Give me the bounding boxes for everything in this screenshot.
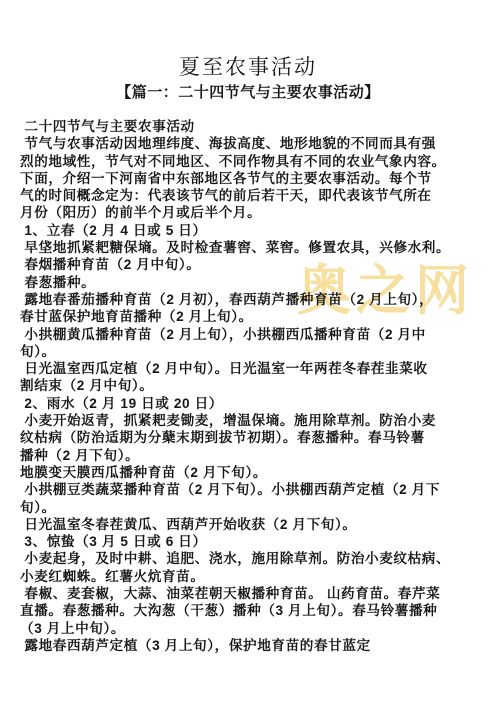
body-line: 3、惊蛰（3 月 5 日或 6 日） [20,533,470,550]
body-line: （3 月上中旬）。 [20,620,470,637]
body-line: 日光温室冬春茬黄瓜、西葫芦开始收获（2 月下旬）。 [20,516,470,533]
body-line: 早垡地抓紧耙糖保墒。及时检查薯窖、菜窖。修置农具，兴修水利。 [20,239,470,256]
body-line: 1、立春（2 月 4 日或 5 日） [20,222,470,239]
body-line: 小拱棚豆类蔬菜播种育苗（2 月下旬）。小拱棚西葫芦定植（2 月下 [20,481,470,498]
body-line: 播种（2 月下旬）。 [20,447,470,464]
body-line: 节气与农事活动因地理纬度、海拔高度、地形地貌的不同而具有强 [20,135,470,152]
body-line: 小麦起身，及时中耕、追肥、浇水，施用除草剂。防治小麦纹枯病、 [20,550,470,567]
body-line: 下面，介绍一下河南省中东部地区各节气的主要农事活动。每个节 [20,170,470,187]
body-line: 割结束（2 月中旬）。 [20,377,470,394]
body-line: 小麦开始返青，抓紧耙麦锄麦，增温保墒。施用除草剂。防治小麦 [20,412,470,429]
document-body: 二十四节气与主要农事活动 节气与农事活动因地理纬度、海拔高度、地形地貌的不同而具… [0,118,496,654]
body-line: 烈的地域性，节气对不同地区、不同作物具有不同的农业气象内容。 [20,153,470,170]
body-line: 日光温室西瓜定植（2 月中旬）。日光温室一年两茬冬春茬韭菜收 [20,360,470,377]
document-page: 奥之网 夏至农事活动 【篇一：二十四节气与主要农事活动】 二十四节气与主要农事活… [0,0,496,702]
document-title: 夏至农事活动 [0,0,496,80]
body-line: 春椒、麦套椒，大蒜、油菜茬朝天椒播种育苗。 山药育苗。春芹菜 [20,585,470,602]
body-line: 春葱播种。 [20,274,470,291]
body-line: 直播。春葱播种。大沟葱（干葱）播种（3 月上旬）。春马铃薯播种 [20,602,470,619]
body-line: 春烟播种育苗（2 月中旬）。 [20,256,470,273]
body-line: 2、雨水（2 月 19 日或 20 日） [20,395,470,412]
document-subtitle: 【篇一：二十四节气与主要农事活动】 [0,84,496,103]
body-line: 小拱棚黄瓜播种育苗（2 月上旬），小拱棚西瓜播种育苗（2 月中 [20,326,470,343]
body-line: 纹枯病（防治适期为分蘖末期到拔节初期）。春葱播种。春马铃薯 [20,429,470,446]
body-line: 旬）。 [20,499,470,516]
body-line: 露地春西葫芦定植（3 月上旬），保护地育苗的春甘蓝定 [20,637,470,654]
body-line: 气的时间概念定为：代表该节气的前后若干天，即代表该节气所在 [20,187,470,204]
body-line: 旬）。 [20,343,470,360]
body-line: 月份（阳历）的前半个月或后半个月。 [20,204,470,221]
body-line: 春甘蓝保护地育苗播种（2 月上旬）。 [20,308,470,325]
body-line: 露地春番茄播种育苗（2 月初），春西葫芦播种育苗（2 月上旬）， [20,291,470,308]
body-line: 小麦红蜘蛛。红薯火炕育苗。 [20,568,470,585]
body-line: 二十四节气与主要农事活动 [20,118,470,135]
body-line: 地膜变天膜西瓜播种育苗（2 月下旬）。 [20,464,470,481]
